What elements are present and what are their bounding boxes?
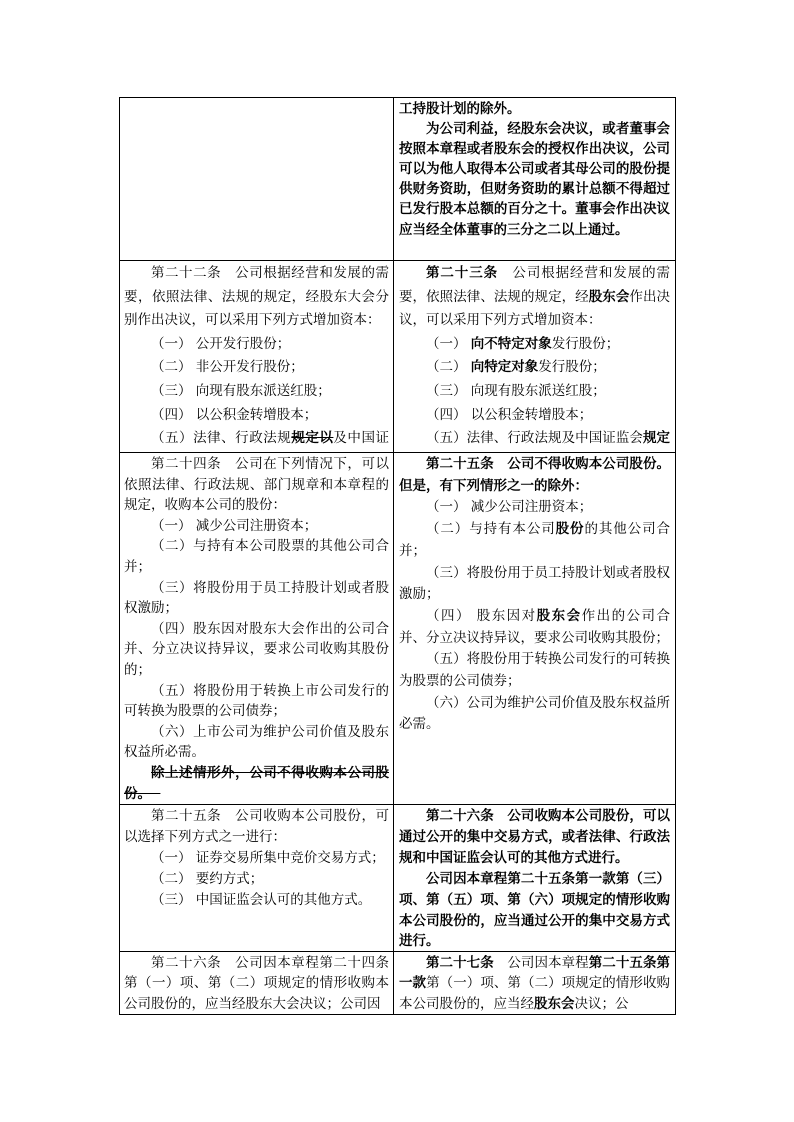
- text-run: （三）将股份用于员工持股计划或者股权激励；: [124, 580, 389, 617]
- text-run: 规定以: [291, 430, 333, 446]
- text-run: 公司因本章程第二十五条第一款第（三）项、第（五）项、第（六）项规定的情形收购本公…: [399, 871, 670, 950]
- paragraph: 第二十五条 公司不得收购本公司股份。但是，有下列情形之一的除外：: [399, 454, 670, 497]
- text-run: （五）法律、行政法规: [151, 430, 291, 446]
- paragraph: （三） 中国证监会认可的其他方式。: [124, 890, 389, 911]
- paragraph: （三）将股份用于员工持股计划或者股权激励；: [399, 563, 670, 606]
- paragraph: 第二十六条 公司收购本公司股份，可以通过公开的集中交易方式，或者法律、行政法规和…: [399, 806, 670, 869]
- paragraph: （四） 以公积金转增股本；: [124, 404, 389, 428]
- paragraph: 第二十五条 公司收购本公司股份，可以选择下列方式之一进行：: [124, 806, 389, 848]
- text-run: （五）法律、行政法规及中国证监会: [426, 430, 643, 446]
- text-run: 第二十四条 公司在下列情况下，可以依照法律、行政法规、部门规章和本章程的规定，收…: [124, 456, 389, 513]
- table-cell-right: 第二十七条 公司因本章程第二十五条第一款第（一）项、第（二）项规定的情形收购本公…: [394, 952, 675, 1014]
- paragraph: （五）法律、行政法规及中国证监会规定的其他方式。: [399, 427, 670, 452]
- table-cell-left: 第二十五条 公司收购本公司股份，可以选择下列方式之一进行：（一） 证券交易所集中…: [120, 805, 394, 951]
- paragraph: 第二十七条 公司因本章程第二十五条第一款第（一）项、第（二）项规定的情形收购本公…: [399, 953, 670, 1014]
- text-run: 股东会: [537, 608, 582, 624]
- text-run: （二）与持有本公司股票的其他公司合并；: [124, 538, 389, 575]
- paragraph: （二） 非公开发行股份；: [124, 356, 389, 380]
- paragraph: （一） 向不特定对象发行股份；: [399, 333, 670, 357]
- table-cell-left: 第二十四条 公司在下列情况下，可以依照法律、行政法规、部门规章和本章程的规定，收…: [120, 453, 394, 804]
- paragraph: （一） 证券交易所集中竞价交易方式；: [124, 848, 389, 869]
- paragraph: （二） 向特定对象发行股份；: [399, 356, 670, 380]
- text-run: （二）: [426, 359, 471, 375]
- paragraph: （一） 减少公司注册资本；: [124, 516, 389, 537]
- paragraph: （四） 股东因对股东会作出的公司合并、分立决议持异议，要求公司收购其股份；: [399, 606, 670, 649]
- text-run: 股东会: [534, 996, 575, 1012]
- paragraph: 第二十三条 公司根据经营和发展的需要，依照法律、法规的规定，经股东会作出决议，可…: [399, 262, 670, 333]
- text-run: （二） 非公开发行股份；: [151, 359, 304, 375]
- text-run: 第二十七条: [426, 955, 494, 971]
- paragraph: （五）将股份用于转换上市公司发行的可转换为股票的公司债券；: [124, 681, 389, 722]
- text-run: （五）将股份用于转换公司发行的可转换为股票的公司债券；: [399, 651, 670, 689]
- text-run: （三） 向现有股东派送红股；: [151, 383, 331, 399]
- text-run: （四）股东因对股东大会作出的公司合并、分立决议持异议，要求公司收购其股份的；: [124, 621, 389, 678]
- text-run: 公司因本章程: [494, 955, 589, 971]
- paragraph: （二）与持有本公司股份的其他公司合并；: [399, 519, 670, 562]
- text-run: （三） 中国证监会认可的其他方式。: [151, 892, 371, 908]
- text-run: 股份: [556, 521, 585, 537]
- paragraph: （六）公司为维护公司价值及股东权益所必需。: [399, 693, 670, 736]
- table-row: 第二十二条 公司根据经营和发展的需要，依照法律、法规的规定，经股东大会分别作出决…: [120, 261, 675, 453]
- text-run: （四） 以公积金转增股本；: [426, 407, 592, 423]
- text-run: 为公司利益，经股东会决议，或者董事会按照本章程或者股东会的授权作出决议，公司可以…: [399, 121, 670, 237]
- text-run: （五）将股份用于转换上市公司发行的可转换为股票的公司债券；: [124, 683, 389, 720]
- text-run: （六）上市公司为维护公司价值及股东权益所必需。: [124, 724, 389, 761]
- table-cell-right: 第二十六条 公司收购本公司股份，可以通过公开的集中交易方式，或者法律、行政法规和…: [394, 805, 675, 951]
- text-run: （一） 证券交易所集中竞价交易方式；: [151, 850, 385, 866]
- text-run: 股东会: [589, 289, 630, 305]
- text-run: （一） 公开发行股份；: [151, 336, 290, 352]
- paragraph: 第二十二条 公司根据经营和发展的需要，依照法律、法规的规定，经股东大会分别作出决…: [124, 262, 389, 333]
- paragraph: 工持股计划的除外。: [399, 99, 670, 119]
- paragraph: 除上述情形外，公司不得收购本公司股份。: [124, 763, 389, 804]
- table-row: 第二十四条 公司在下列情况下，可以依照法律、行政法规、部门规章和本章程的规定，收…: [120, 453, 675, 805]
- paragraph: （一） 减少公司注册资本；: [399, 497, 670, 519]
- paragraph: （五）将股份用于转换公司发行的可转换为股票的公司债券；: [399, 649, 670, 692]
- text-run: 第二十五条 公司收购本公司股份，可以选择下列方式之一进行：: [124, 808, 389, 845]
- table-row: 工持股计划的除外。为公司利益，经股东会决议，或者董事会按照本章程或者股东会的授权…: [120, 98, 675, 261]
- table-cell-left: 第二十六条 公司因本章程第二十四条第（一）项、第（二）项规定的情形收购本公司股份…: [120, 952, 394, 1014]
- paragraph: （三）将股份用于员工持股计划或者股权激励；: [124, 578, 389, 619]
- text-run: 决议；公: [575, 996, 629, 1012]
- text-run: 第二十六条 公司因本章程第二十四条第（一）项、第（二）项规定的情形收购本公司股份…: [124, 955, 389, 1012]
- text-run: 向特定对象: [471, 359, 539, 375]
- paragraph: 为公司利益，经股东会决议，或者董事会按照本章程或者股东会的授权作出决议，公司可以…: [399, 119, 670, 240]
- table-cell-right: 工持股计划的除外。为公司利益，经股东会决议，或者董事会按照本章程或者股东会的授权…: [394, 98, 675, 260]
- text-run: 规定: [643, 430, 670, 446]
- text-run: （六）公司为维护公司价值及股东权益所必需。: [399, 695, 670, 733]
- paragraph: （三） 向现有股东派送红股；: [124, 380, 389, 404]
- text-run: 向不特定对象: [471, 336, 552, 352]
- text-run: （三）将股份用于员工持股计划或者股权激励；: [399, 565, 670, 603]
- text-run: 第二十二条 公司根据经营和发展的需要，依照法律、法规的规定，经股东大会分别作出决…: [124, 265, 389, 328]
- table-cell-right: 第二十三条 公司根据经营和发展的需要，依照法律、法规的规定，经股东会作出决议，可…: [394, 261, 675, 452]
- text-run: （二） 要约方式；: [151, 871, 263, 887]
- paragraph: （二） 要约方式；: [124, 869, 389, 890]
- text-run: [151, 786, 160, 802]
- table-cell-right: 第二十五条 公司不得收购本公司股份。但是，有下列情形之一的除外：（一） 减少公司…: [394, 453, 675, 804]
- text-run: 第二十三条: [426, 265, 498, 281]
- paragraph: （四）股东因对股东大会作出的公司合并、分立决议持异议，要求公司收购其股份的；: [124, 619, 389, 681]
- document-page: 工持股计划的除外。为公司利益，经股东会决议，或者董事会按照本章程或者股东会的授权…: [0, 0, 794, 1122]
- paragraph: （五）法律、行政法规规定以及中国证监会批准的其他方式。: [124, 427, 389, 452]
- text-run: （四） 以公积金转增股本；: [151, 407, 317, 423]
- paragraph: （一） 公开发行股份；: [124, 333, 389, 357]
- text-run: 发行股份；: [552, 336, 620, 352]
- paragraph: （二）与持有本公司股票的其他公司合并；: [124, 536, 389, 577]
- text-run: （四） 股东因对: [426, 608, 537, 624]
- text-run: 工持股计划的除外。: [399, 101, 521, 117]
- paragraph: 第二十四条 公司在下列情况下，可以依照法律、行政法规、部门规章和本章程的规定，收…: [124, 454, 389, 516]
- table-cell-left: [120, 98, 394, 260]
- text-run: 第二十五条 公司不得收购本公司股份。但是，有下列情形之一的除外：: [399, 456, 670, 494]
- text-run: （一） 减少公司注册资本；: [151, 518, 317, 534]
- text-run: （一） 减少公司注册资本；: [426, 499, 592, 515]
- text-run: （三） 向现有股东派送红股；: [426, 383, 606, 399]
- text-run: 除上述情形外，公司不得收购本公司股份。: [124, 765, 389, 802]
- paragraph: （六）上市公司为维护公司价值及股东权益所必需。: [124, 722, 389, 763]
- text-run: （二）与持有本公司: [426, 521, 556, 537]
- comparison-table: 工持股计划的除外。为公司利益，经股东会决议，或者董事会按照本章程或者股东会的授权…: [119, 97, 676, 1015]
- text-run: 发行股份；: [538, 359, 606, 375]
- paragraph: 公司因本章程第二十五条第一款第（三）项、第（五）项、第（六）项规定的情形收购本公…: [399, 869, 670, 951]
- paragraph: （四） 以公积金转增股本；: [399, 404, 670, 428]
- table-row: 第二十六条 公司因本章程第二十四条第（一）项、第（二）项规定的情形收购本公司股份…: [120, 952, 675, 1014]
- text-run: 第二十六条 公司收购本公司股份，可以通过公开的集中交易方式，或者法律、行政法规和…: [399, 808, 670, 866]
- paragraph: 第二十六条 公司因本章程第二十四条第（一）项、第（二）项规定的情形收购本公司股份…: [124, 953, 389, 1014]
- table-row: 第二十五条 公司收购本公司股份，可以选择下列方式之一进行：（一） 证券交易所集中…: [120, 805, 675, 952]
- paragraph: （三） 向现有股东派送红股；: [399, 380, 670, 404]
- table-cell-left: 第二十二条 公司根据经营和发展的需要，依照法律、法规的规定，经股东大会分别作出决…: [120, 261, 394, 452]
- text-run: （一）: [426, 336, 471, 352]
